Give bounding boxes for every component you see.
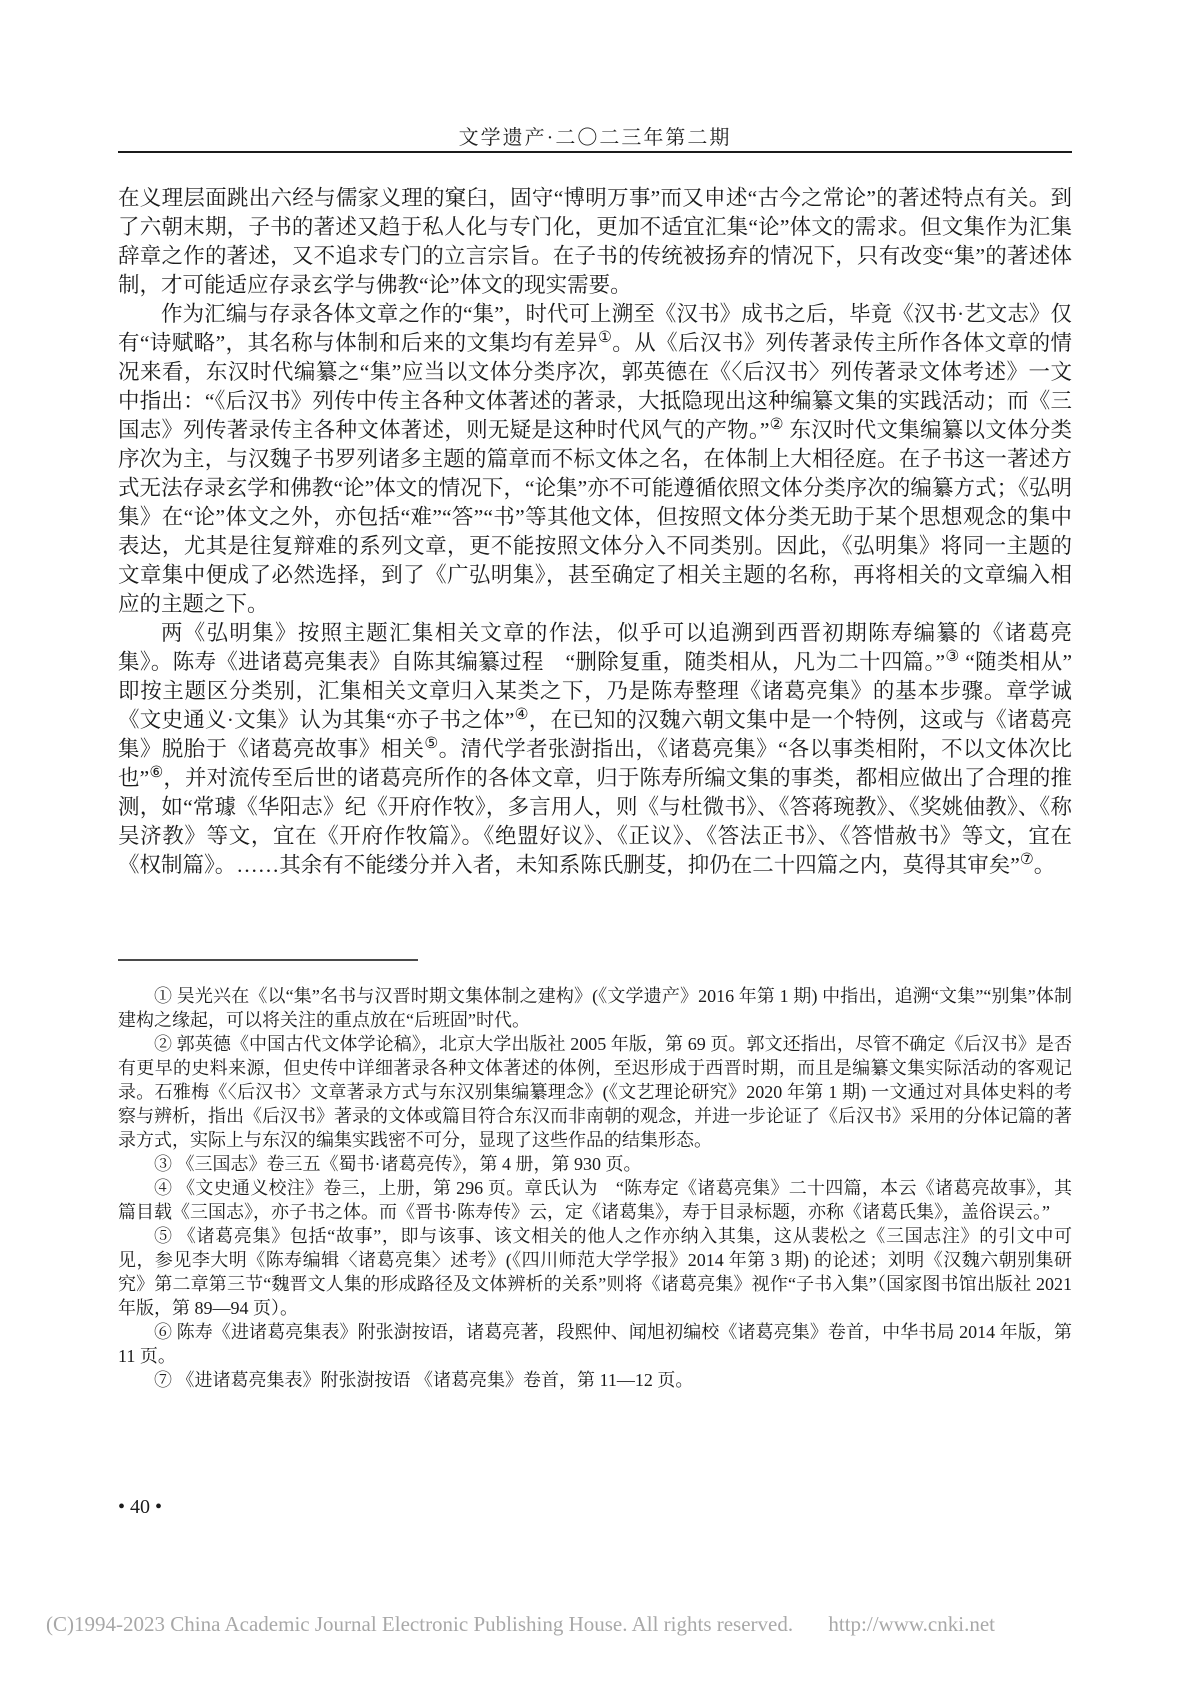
footnote-marker: ② <box>769 416 783 433</box>
footer-url: http://www.cnki.net <box>828 1612 995 1636</box>
header-divider-rule <box>118 151 1072 153</box>
page-number: • 40 • <box>118 1496 162 1519</box>
article-body: 在义理层面跳出六经与儒家义理的窠臼，固守“博明万事”而又申述“古今之常论”的著述… <box>118 184 1072 880</box>
footnote-divider-rule <box>118 959 418 961</box>
footnote-item: ④ 《文史通义校注》卷三，上册，第 296 页。章氏认为 “陈寿定《诸葛亮集》二… <box>118 1176 1072 1224</box>
footnote-marker: ① <box>598 329 612 346</box>
body-paragraph: 作为汇编与存录各体文章之作的“集”，时代可上溯至《汉书》成书之后，毕竟《汉书·艺… <box>118 300 1072 619</box>
footnote-item: ⑦ 《进诸葛亮集表》附张澍按语 《诸葛亮集》卷首，第 11—12 页。 <box>118 1368 1072 1392</box>
footnote-item: ⑤ 《诸葛亮集》包括“故事”，即与该事、该文相关的他人之作亦纳入其集，这从裴松之… <box>118 1224 1072 1320</box>
footnote-marker: ④ <box>514 706 528 723</box>
body-paragraph: 在义理层面跳出六经与儒家义理的窠臼，固守“博明万事”而又申述“古今之常论”的著述… <box>118 184 1072 300</box>
journal-header-title: 文学遗产·二〇二三年第二期 <box>118 121 1072 150</box>
footnote-marker: ⑦ <box>1020 851 1034 868</box>
footnote-item: ② 郭英德《中国古代文体学论稿》，北京大学出版社 2005 年版，第 69 页。… <box>118 1032 1072 1152</box>
page-footer: (C)1994-2023 China Academic Journal Elec… <box>46 1612 1166 1637</box>
footnote-item: ⑥ 陈寿《进诸葛亮集表》附张澍按语，诸葛亮著，段熙仲、闻旭初编校《诸葛亮集》卷首… <box>118 1320 1072 1368</box>
footer-copyright: (C)1994-2023 China Academic Journal Elec… <box>46 1612 793 1636</box>
footnote-marker: ⑥ <box>149 764 163 781</box>
footnote-marker: ③ <box>945 648 960 665</box>
body-paragraph: 两《弘明集》按照主题汇集相关文章的作法，似乎可以追溯到西晋初期陈寿编纂的《诸葛亮… <box>118 619 1072 880</box>
footnote-marker: ⑤ <box>424 735 438 752</box>
footnote-list: ① 吴光兴在《以“集”名书与汉晋时期文集体制之建构》(《文学遗产》2016 年第… <box>118 984 1072 1392</box>
footnote-item: ① 吴光兴在《以“集”名书与汉晋时期文集体制之建构》(《文学遗产》2016 年第… <box>118 984 1072 1032</box>
journal-page: 文学遗产·二〇二三年第二期 在义理层面跳出六经与儒家义理的窠臼，固守“博明万事”… <box>0 0 1190 1683</box>
footnote-item: ③ 《三国志》卷三五《蜀书·诸葛亮传》，第 4 册，第 930 页。 <box>118 1152 1072 1176</box>
